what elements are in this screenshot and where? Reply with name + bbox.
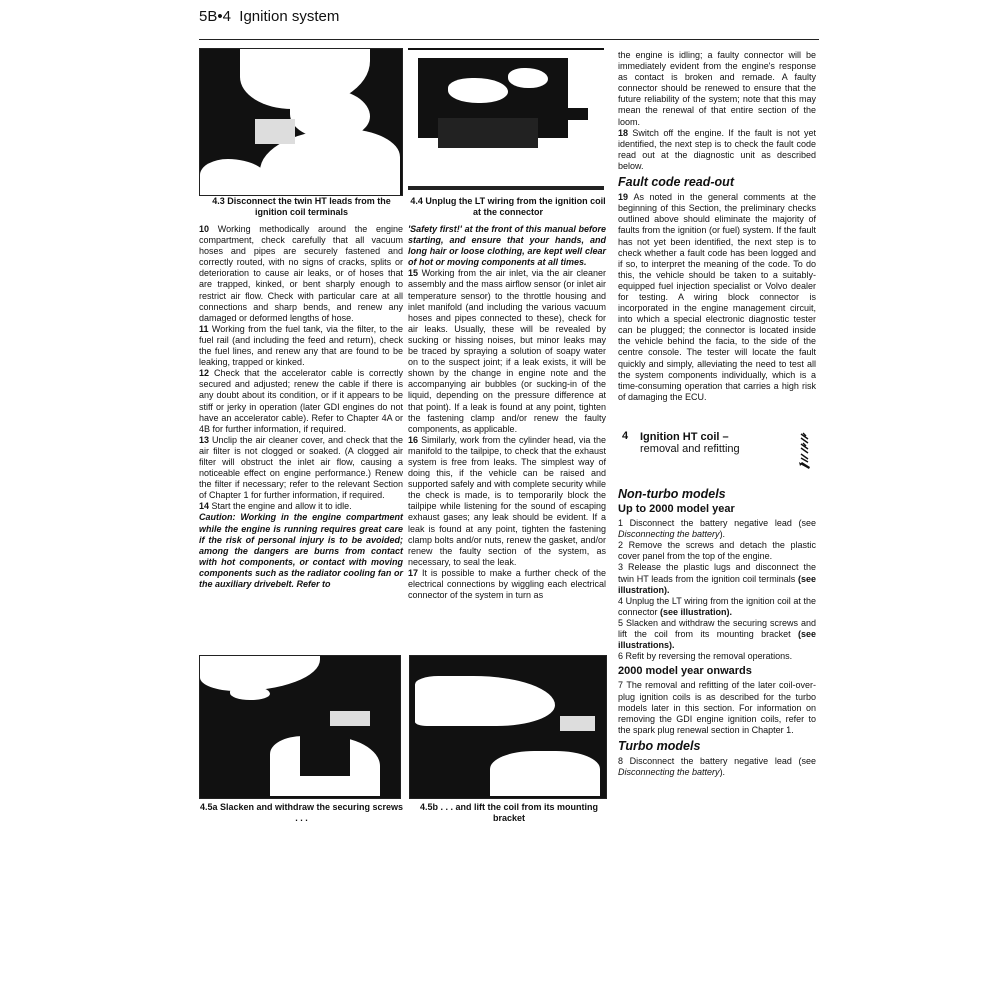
figure-4-5a-caption: 4.5a Slacken and withdraw the securing s… bbox=[199, 802, 404, 824]
step-3: 3 Release the plastic lugs and disconnec… bbox=[618, 562, 816, 595]
figure-4-4-photo bbox=[408, 48, 604, 192]
step-1: 1 Disconnect the battery negative lead (… bbox=[618, 518, 816, 540]
paragraph-16: 16 Similarly, work from the cylinder hea… bbox=[408, 435, 606, 568]
page-number: 5B•4 bbox=[199, 8, 231, 25]
figure-4-5b-photo bbox=[409, 655, 607, 799]
column-1: 10 Working methodically around the engin… bbox=[199, 224, 403, 590]
subheading-up-to-2000: Up to 2000 model year bbox=[618, 504, 816, 515]
figure-4-3-photo bbox=[199, 48, 403, 196]
caution-text: Caution: Working in the engine compartme… bbox=[199, 512, 403, 590]
heading-turbo-models: Turbo models bbox=[618, 741, 816, 752]
column-3: the engine is idling; a faulty connector… bbox=[618, 50, 816, 778]
figure-4-4-caption: 4.4 Unplug the LT wiring from the igniti… bbox=[408, 196, 608, 218]
subheading-2000-onwards: 2000 model year onwards bbox=[618, 666, 816, 677]
figure-4-5b-caption: 4.5b . . . and lift the coil from its mo… bbox=[409, 802, 609, 824]
difficulty-spanner-icon bbox=[798, 431, 812, 471]
paragraph-15: 15 Working from the air inlet, via the a… bbox=[408, 268, 606, 434]
paragraph-11: 11 Working from the fuel tank, via the f… bbox=[199, 324, 403, 368]
paragraph-17-continued: the engine is idling; a faulty connector… bbox=[618, 50, 816, 128]
step-7: 7 The removal and refitting of the later… bbox=[618, 680, 816, 735]
page-header: 5B•4 Ignition system bbox=[199, 8, 339, 25]
paragraph-19: 19 As noted in the general comments at t… bbox=[618, 192, 816, 403]
caution-continued: 'Safety first!' at the front of this man… bbox=[408, 224, 606, 268]
section-number: 4 bbox=[622, 431, 640, 442]
step-6: 6 Refit by reversing the removal operati… bbox=[618, 651, 816, 662]
section-title: Ignition HT coil –removal and refitting bbox=[640, 431, 798, 455]
step-2: 2 Remove the screws and detach the plast… bbox=[618, 540, 816, 562]
header-rule bbox=[199, 39, 819, 40]
paragraph-17: 17 It is possible to make a further chec… bbox=[408, 568, 606, 601]
chapter-title: Ignition system bbox=[239, 8, 339, 25]
section-4-heading: 4 Ignition HT coil –removal and refittin… bbox=[618, 431, 816, 471]
step-8: 8 Disconnect the battery negative lead (… bbox=[618, 756, 816, 778]
heading-non-turbo-models: Non-turbo models bbox=[618, 489, 816, 500]
paragraph-14: 14 Start the engine and allow it to idle… bbox=[199, 501, 403, 512]
paragraph-18: 18 Switch off the engine. If the fault i… bbox=[618, 128, 816, 172]
figure-4-5a-photo bbox=[199, 655, 401, 799]
paragraph-10: 10 Working methodically around the engin… bbox=[199, 224, 403, 324]
paragraph-13: 13 Unclip the air cleaner cover, and che… bbox=[199, 435, 403, 502]
paragraph-12: 12 Check that the accelerator cable is c… bbox=[199, 368, 403, 435]
step-5: 5 Slacken and withdraw the securing scre… bbox=[618, 618, 816, 651]
step-4: 4 Unplug the LT wiring from the ignition… bbox=[618, 596, 816, 618]
column-2: 'Safety first!' at the front of this man… bbox=[408, 224, 606, 601]
figure-4-3-caption: 4.3 Disconnect the twin HT leads from th… bbox=[199, 196, 404, 218]
heading-fault-code-read-out: Fault code read-out bbox=[618, 177, 816, 188]
